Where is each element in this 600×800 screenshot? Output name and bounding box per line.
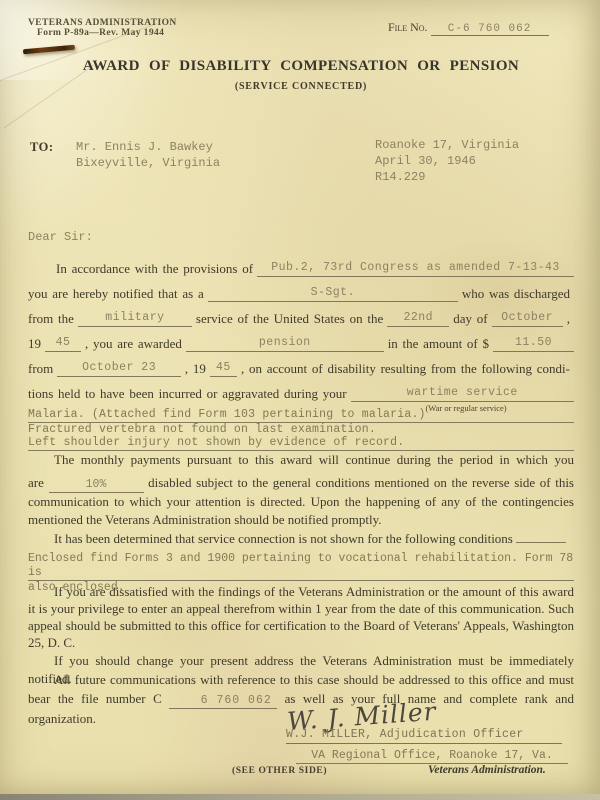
- blank-rank: S-Sgt.: [208, 285, 458, 302]
- recipient-address: Bixeyville, Virginia: [76, 155, 336, 171]
- file-no-label: File No.: [388, 20, 428, 34]
- office-reference: R14.229: [375, 169, 585, 185]
- blank-effective-year: 45: [210, 360, 237, 377]
- blank-file-number: 6 760 062: [169, 694, 277, 709]
- office-block: Roanoke 17, Virginia April 30, 1946 R14.…: [375, 137, 585, 185]
- document-title: AWARD OF DISABILITY COMPENSATION OR PENS…: [28, 58, 574, 75]
- blank-service-type: wartime service: [351, 385, 574, 402]
- form-identification: VETERANS ADMINISTRATION Form P-89a—Rev. …: [28, 18, 268, 38]
- scanner-edge: [0, 794, 600, 800]
- award-line-5: from October 23 , 19 45 , on account of …: [28, 352, 574, 377]
- award-line-3: from the military service of the United …: [28, 302, 574, 327]
- appeal-paragraph: If you are dissatisfied with the finding…: [28, 583, 574, 651]
- award-line-6: tions held to have been incurred or aggr…: [28, 377, 574, 402]
- award-paragraph: In accordance with the provisions of Pub…: [28, 252, 574, 413]
- monthly-payments-line: The monthly payments pursuant to this aw…: [28, 452, 574, 468]
- award-line-4: 19 45 , you are awarded pension in the a…: [28, 327, 574, 352]
- salutation: Dear Sir:: [28, 230, 574, 244]
- service-connection-paragraph: It has been determined that service conn…: [28, 530, 574, 548]
- blank-effective-date: October 23: [57, 360, 181, 377]
- blank-discharge-month: October: [492, 310, 563, 327]
- recipient-name: Mr. Ennis J. Bawkey: [76, 139, 336, 155]
- file-number-block: File No. C-6 760 062: [388, 20, 576, 36]
- condition-line: Left shoulder injury not shown by eviden…: [28, 436, 574, 451]
- agency-name: VETERANS ADMINISTRATION: [28, 18, 268, 28]
- recipient-block: Mr. Ennis J. Bawkey Bixeyville, Virginia: [76, 139, 336, 171]
- office-city: Roanoke 17, Virginia: [375, 137, 585, 153]
- enclosure-line: Enclosed find Forms 3 and 1900 pertainin…: [28, 552, 574, 581]
- blank-empty: [516, 542, 566, 543]
- signature-typed-line: W.J. MILLER, Adjudication Officer: [286, 728, 562, 744]
- condition-line: Malaria. (Attached find Form 103 pertain…: [28, 408, 574, 423]
- blank-provisions: Pub.2, 73rd Congress as amended 7-13-43: [257, 260, 574, 277]
- conditions-list: Malaria. (Attached find Form 103 pertain…: [28, 408, 574, 451]
- document-subtitle: (SERVICE CONNECTED): [28, 81, 574, 92]
- award-line-2: you are hereby notified that as a S-Sgt.…: [28, 277, 574, 302]
- award-line-1: In accordance with the provisions of Pub…: [28, 252, 574, 277]
- form-number: Form P-89a—Rev. May 1944: [28, 28, 268, 38]
- regional-office-line: VA Regional Office, Roanoke 17, Va.: [296, 749, 568, 764]
- file-no-value: C-6 760 062: [431, 23, 549, 36]
- to-label: TO:: [30, 140, 70, 155]
- blank-discharge-day: 22nd: [387, 310, 449, 327]
- monthly-payments-paragraph: are 10% disabled subject to the general …: [28, 474, 574, 528]
- agency-signature-caption: Veterans Administration.: [428, 764, 574, 776]
- blank-discharge-year: 45: [45, 335, 81, 352]
- blank-award-type: pension: [186, 335, 384, 352]
- office-date: April 30, 1946: [375, 153, 585, 169]
- scanned-document-page: VETERANS ADMINISTRATION Form P-89a—Rev. …: [0, 0, 600, 800]
- blank-service-branch: military: [78, 310, 192, 327]
- condition-line: Fractured vertebra not found on last exa…: [28, 423, 574, 437]
- blank-disability-percent: 10%: [49, 478, 144, 493]
- blank-amount: 11.50: [493, 335, 574, 352]
